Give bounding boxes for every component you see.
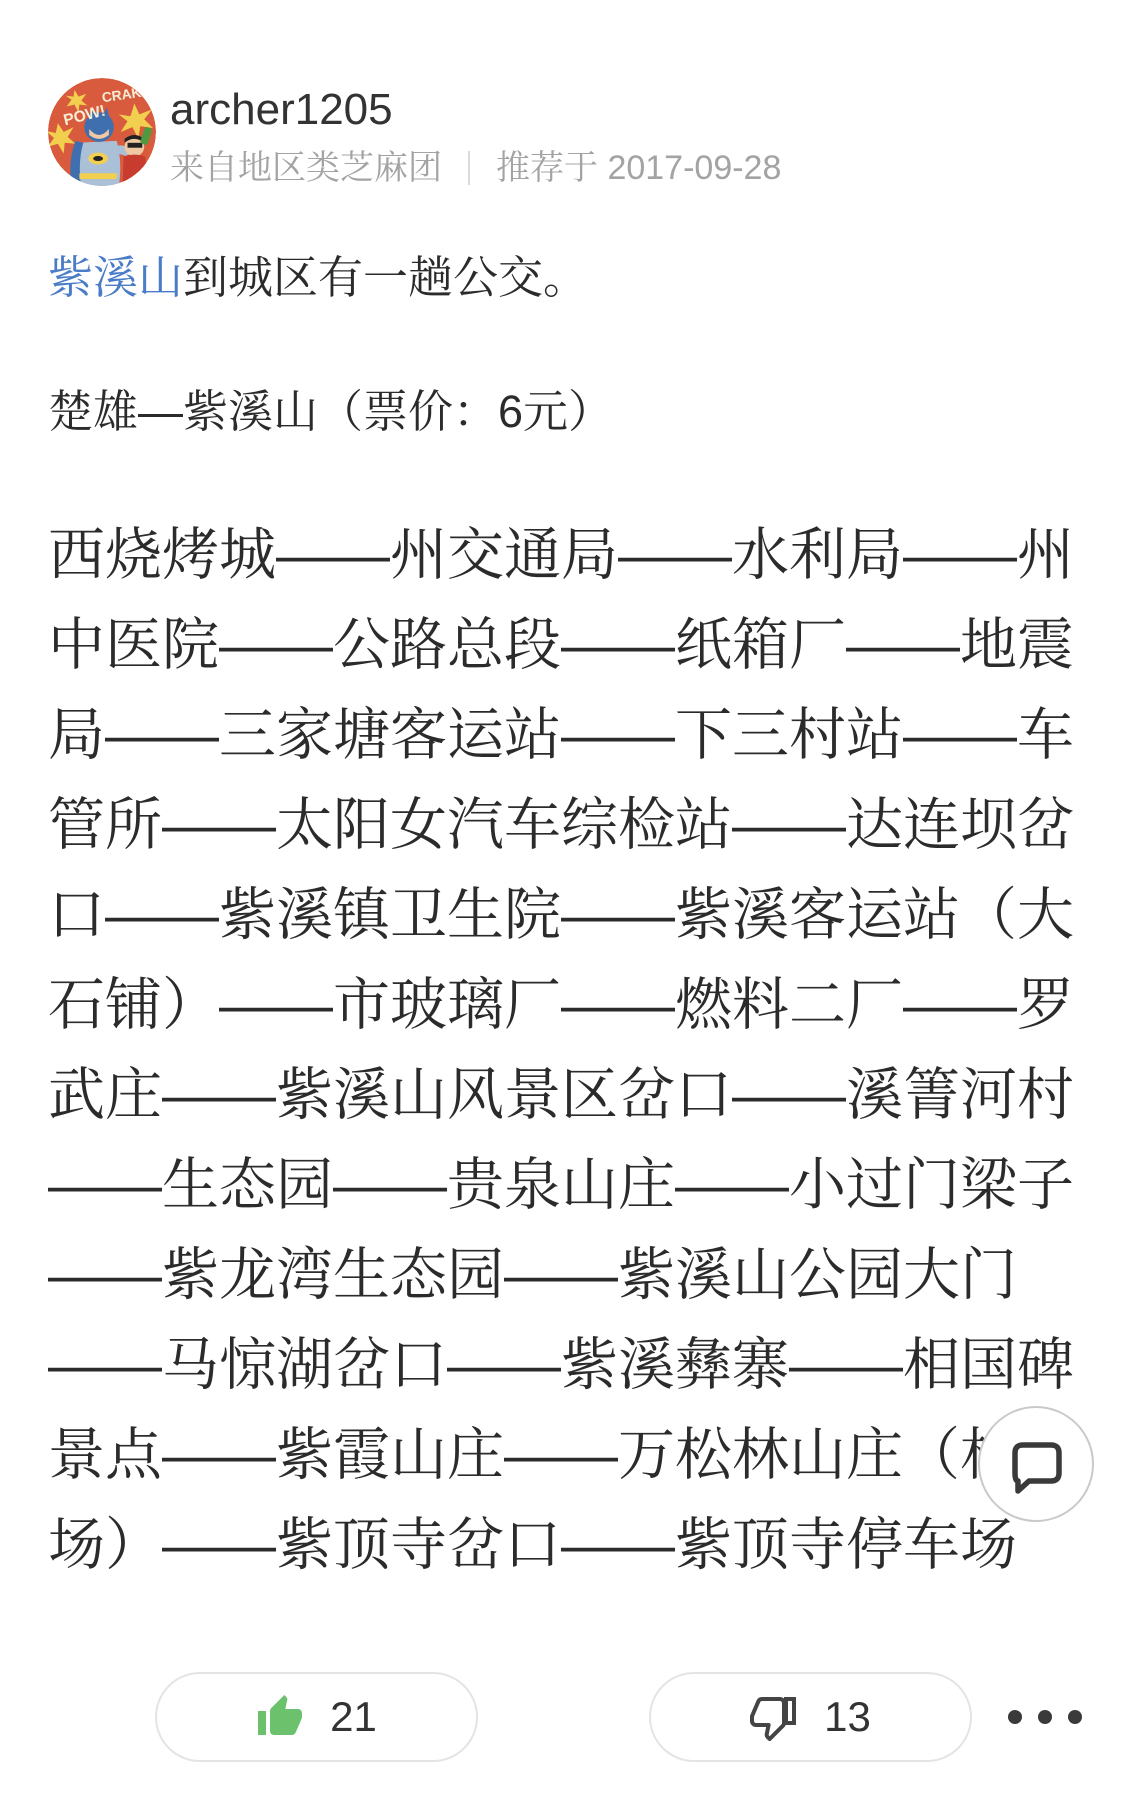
more-button[interactable] bbox=[1008, 1672, 1082, 1762]
actions-bar: 21 13 bbox=[0, 1672, 1125, 1762]
like-count: 21 bbox=[330, 1693, 377, 1741]
more-dots-icon bbox=[1068, 1710, 1082, 1724]
post-body: 紫溪山到城区有一趟公交。 楚雄—紫溪山（票价：6元） 西烧烤城——州交通局——水… bbox=[48, 188, 1077, 1590]
dislike-button[interactable]: 13 bbox=[649, 1672, 972, 1762]
username[interactable]: archer1205 bbox=[170, 84, 781, 136]
user-meta: 来自地区类芝麻团 推荐于 2017-09-28 bbox=[170, 148, 781, 188]
user-info: archer1205 来自地区类芝麻团 推荐于 2017-09-28 bbox=[170, 78, 781, 188]
thumbs-up-icon bbox=[256, 1693, 304, 1741]
post-header: CRAK! POW! archer1205 来自地区类芝麻团 推荐于 2017-… bbox=[48, 78, 781, 188]
dislike-count: 13 bbox=[824, 1693, 871, 1741]
avatar[interactable]: CRAK! POW! bbox=[48, 78, 156, 186]
more-dots-icon bbox=[1038, 1710, 1052, 1724]
fare-paragraph: 楚雄—紫溪山（票价：6元） bbox=[48, 378, 1077, 446]
comment-bubble-icon bbox=[1004, 1433, 1068, 1495]
more-dots-icon bbox=[1008, 1710, 1022, 1724]
route-text: 西烧烤城——州交通局——水利局——州中医院——公路总段——纸箱厂——地震局——三… bbox=[48, 510, 1077, 1590]
zixishan-link[interactable]: 紫溪山 bbox=[48, 252, 183, 303]
intro-text: 到城区有一趟公交。 bbox=[183, 252, 588, 303]
recommend-date: 推荐于 2017-09-28 bbox=[496, 148, 781, 188]
answer-card: { "user": { "name": "archer1205", "badge… bbox=[0, 0, 1125, 1820]
avatar-image: CRAK! POW! bbox=[48, 78, 156, 186]
intro-paragraph: 紫溪山到城区有一趟公交。 bbox=[48, 244, 1077, 312]
thumbs-down-icon bbox=[750, 1693, 798, 1741]
like-button[interactable]: 21 bbox=[155, 1672, 478, 1762]
user-badge: 来自地区类芝麻团 bbox=[170, 148, 442, 188]
meta-divider bbox=[468, 151, 470, 185]
comment-bubble-button[interactable] bbox=[978, 1406, 1094, 1522]
